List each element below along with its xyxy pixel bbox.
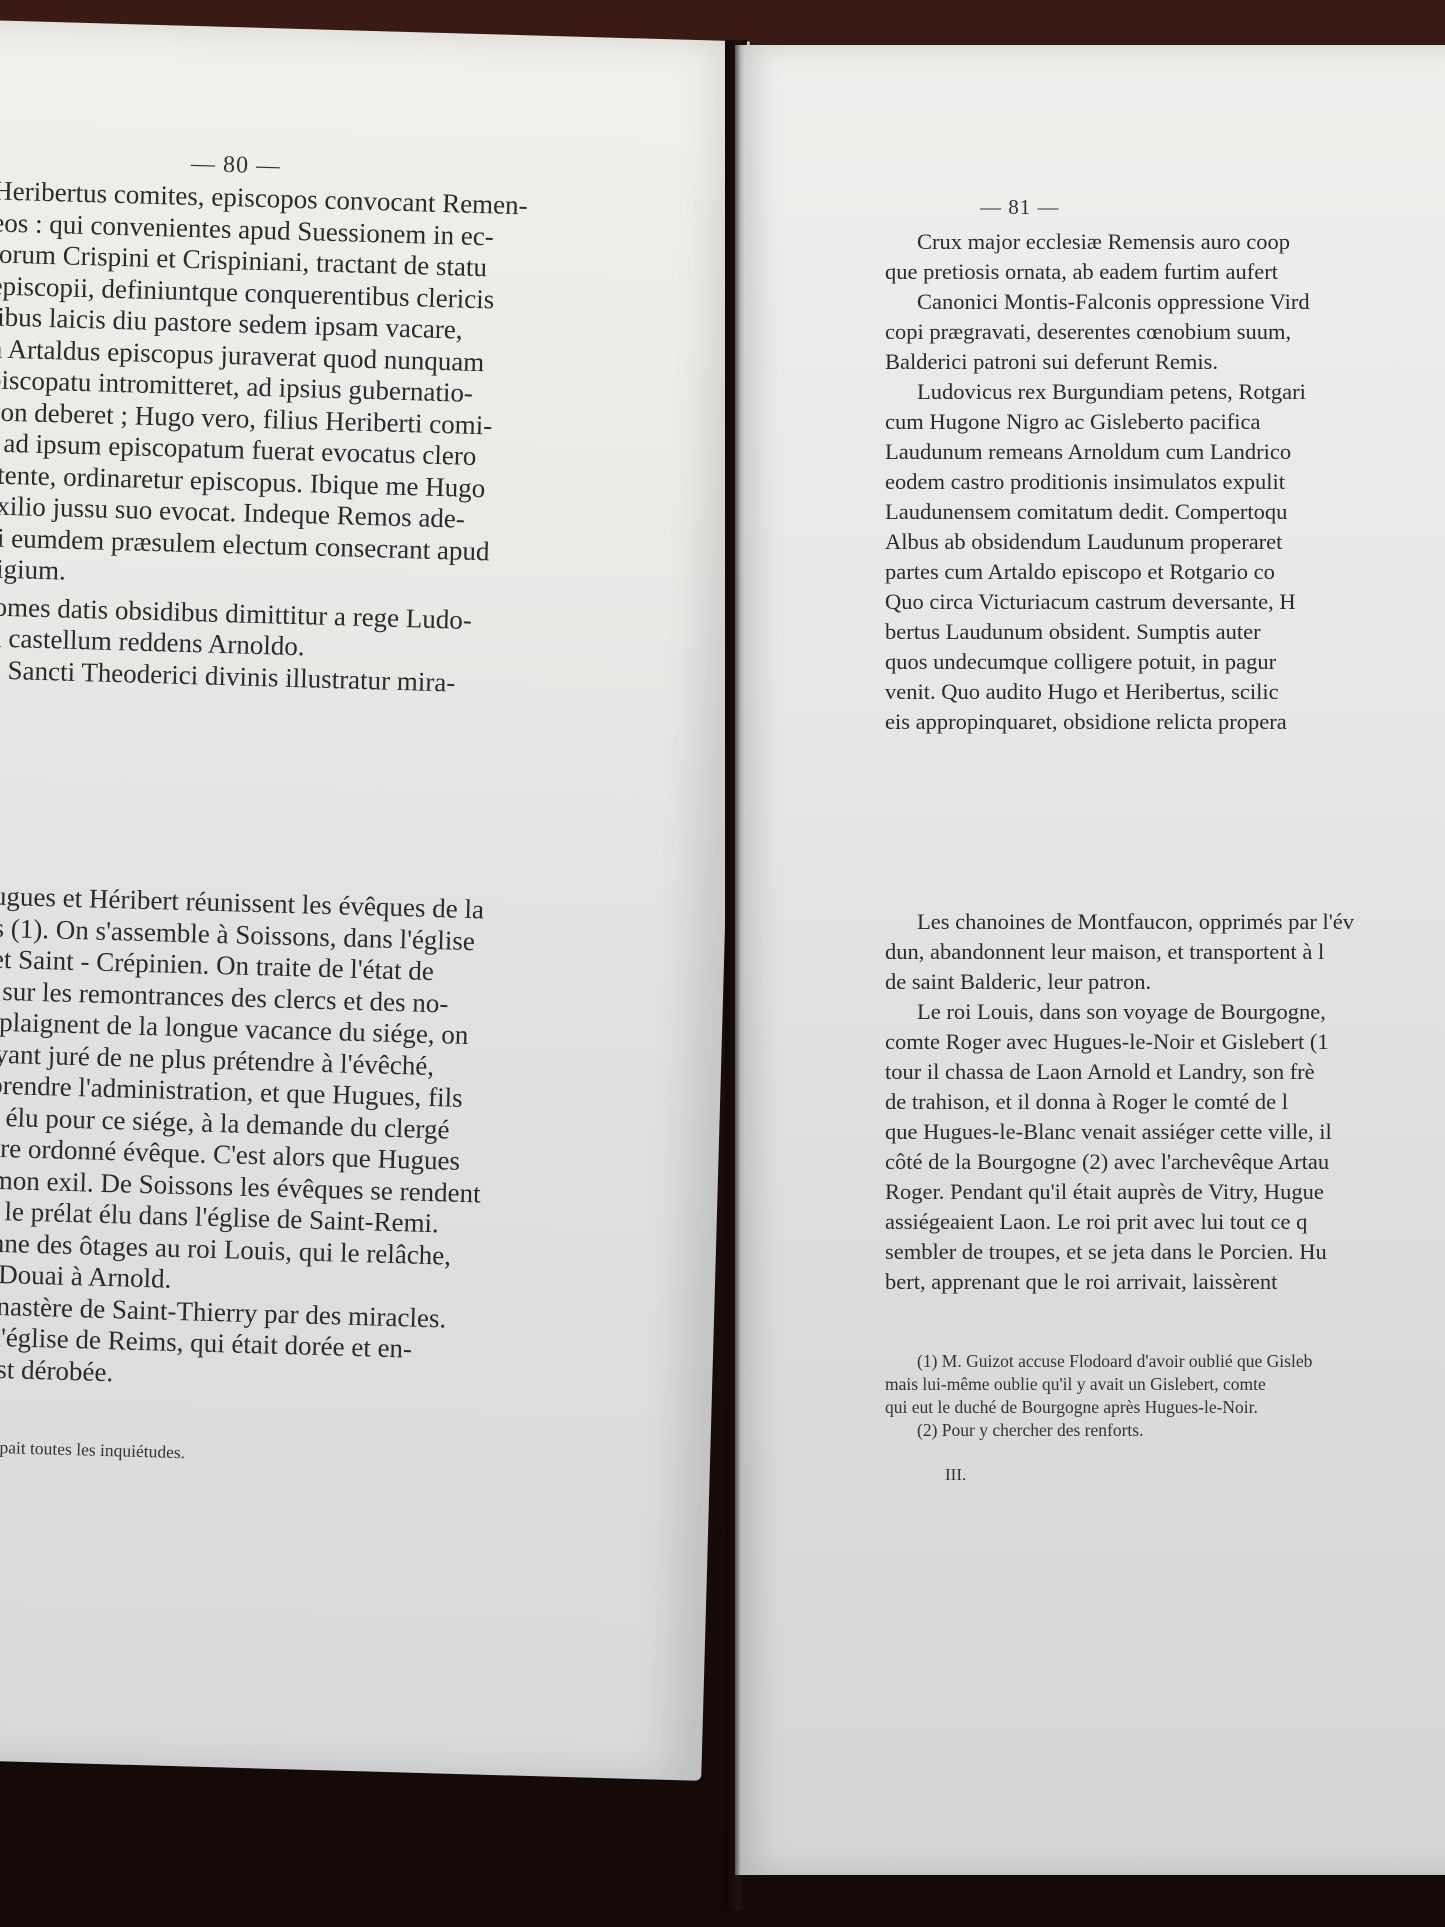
text-line: dun, abandonnent leur maison, et transpo… (885, 937, 1354, 967)
footnote-line: qui eut le duché de Bourgogne après Hugu… (885, 1396, 1312, 1419)
text-line: eis appropinquaret, obsidione relicta pr… (885, 707, 1310, 737)
text-line: eodem castro proditionis insimulatos exp… (885, 467, 1310, 497)
text-line: de trahison, et il donna à Roger le comt… (885, 1087, 1354, 1117)
french-text-block: Les chanoines de Montfaucon, opprimés pa… (885, 907, 1354, 1297)
footnotes-block: (1) M. Guizot accuse Flodoard d'avoir ou… (885, 1350, 1312, 1442)
footnote-line: i dissipait toutes les inquiétudes. (0, 1435, 185, 1464)
text-line: sembler de troupes, et se jeta dans le P… (885, 1237, 1354, 1267)
text-line: Laudunensem comitatum dedit. Compertoqu (885, 497, 1310, 527)
french-text-block: Hugues et Héribert réunissent les évêque… (0, 880, 489, 1398)
text-line: cum Hugone Nigro ac Gisleberto pacifica (885, 407, 1310, 437)
text-line: Albus ab obsidendum Laudunum properaret (885, 527, 1310, 557)
right-page: — 81 — Crux major ecclesiæ Remensis auro… (735, 45, 1445, 1875)
text-line: bert, apprenant que le roi arrivait, lai… (885, 1267, 1354, 1297)
text-line: partes cum Artaldo episcopo et Rotgario … (885, 557, 1310, 587)
text-line: Quo circa Victuriacum castrum deversante… (885, 587, 1310, 617)
text-line: quos undecumque colligere potuit, in pag… (885, 647, 1310, 677)
text-line: Crux major ecclesiæ Remensis auro coop (885, 227, 1310, 257)
footnote-line: (1) M. Guizot accuse Flodoard d'avoir ou… (885, 1350, 1312, 1373)
text-line: venit. Quo audito Hugo et Heribertus, sc… (885, 677, 1310, 707)
signature-mark: III. (945, 1465, 966, 1485)
text-line: copi prægravati, deserentes cœnobium suu… (885, 317, 1310, 347)
text-line: tour il chassa de Laon Arnold et Landry,… (885, 1057, 1354, 1087)
text-line: comte Roger avec Hugues-le-Noir et Gisle… (885, 1027, 1354, 1057)
footnote-line: (2) Pour y chercher des renforts. (885, 1419, 1312, 1442)
page-number-81: — 81 — (980, 195, 1060, 220)
latin-text-block: Crux major ecclesiæ Remensis auro coop q… (885, 227, 1310, 737)
text-line: de saint Balderic, leur patron. (885, 967, 1354, 997)
text-line: Les chanoines de Montfaucon, opprimés pa… (885, 907, 1354, 937)
text-line: Le roi Louis, dans son voyage de Bourgog… (885, 997, 1354, 1027)
text-line: assiégeaient Laon. Le roi prit avec lui … (885, 1207, 1354, 1237)
left-page: — 80 — Heribertus comites, episcopos con… (0, 20, 750, 1781)
text-line: Canonici Montis-Falconis oppressione Vir… (885, 287, 1310, 317)
text-line: Ludovicus rex Burgundiam petens, Rotgari (885, 377, 1310, 407)
text-line: Roger. Pendant qu'il était auprès de Vit… (885, 1177, 1354, 1207)
page-number-80: — 80 — (191, 151, 282, 181)
text-line: Balderici patroni sui deferunt Remis. (885, 347, 1310, 377)
text-line: que pretiosis ornata, ab eadem furtim au… (885, 257, 1310, 287)
text-line: que Hugues-le-Blanc venait assiéger cett… (885, 1117, 1354, 1147)
text-line: Laudunum remeans Arnoldum cum Landrico (885, 437, 1310, 467)
footnote-line: mais lui-même oublie qu'il y avait un Gi… (885, 1373, 1312, 1396)
footnote-block: i dissipait toutes les inquiétudes. (0, 1435, 185, 1464)
latin-text-block: Heribertus comites, episcopos convocant … (0, 175, 528, 700)
text-line: côté de la Bourgogne (2) avec l'archevêq… (885, 1147, 1354, 1177)
text-line: bertus Laudunum obsident. Sumptis auter (885, 617, 1310, 647)
